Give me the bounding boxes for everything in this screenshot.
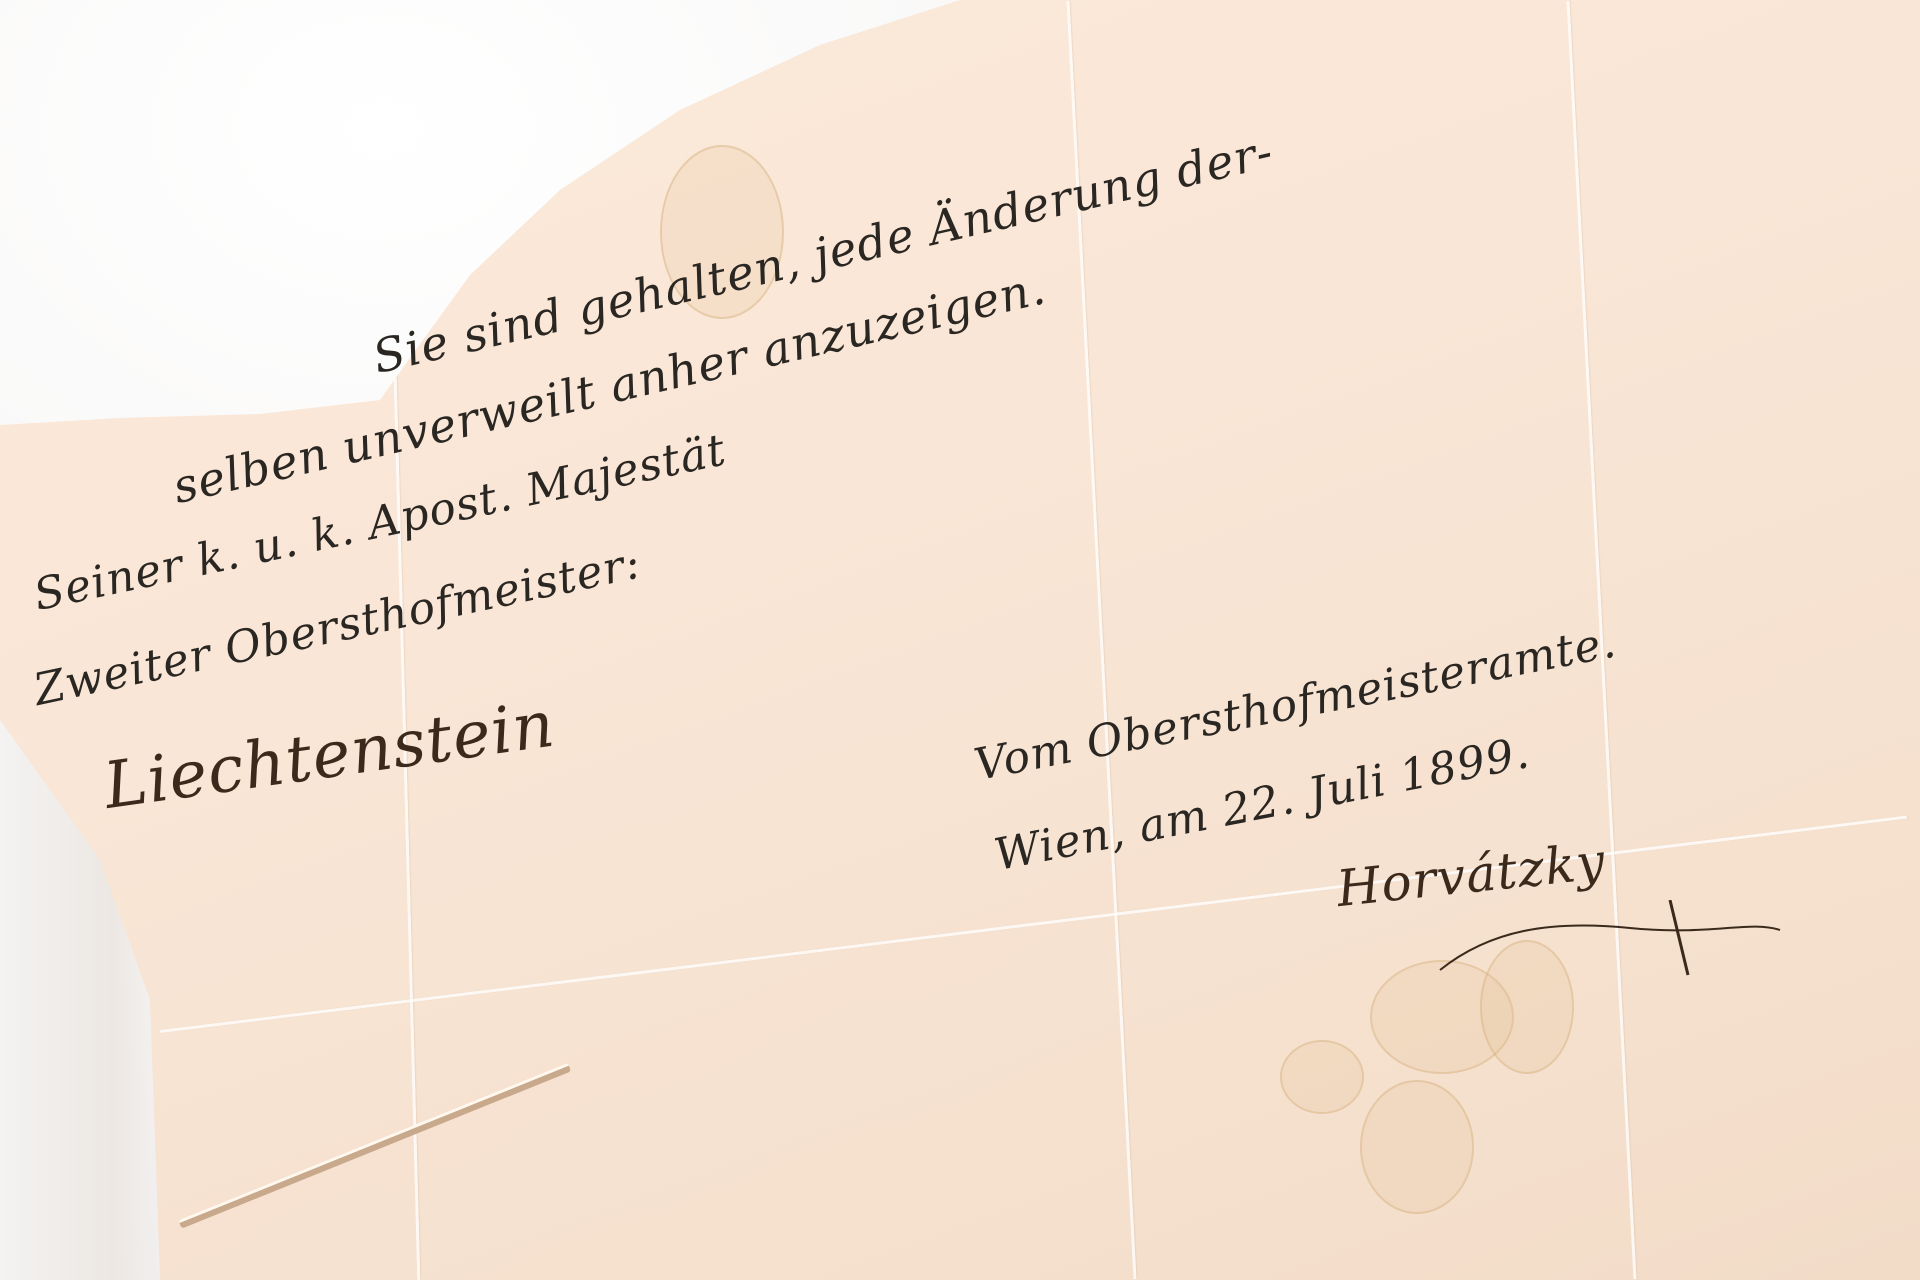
water-stain (1280, 1040, 1364, 1114)
water-stain (1360, 1080, 1474, 1214)
signature-flourish (1430, 900, 1790, 980)
paper-tear (178, 1063, 571, 1229)
